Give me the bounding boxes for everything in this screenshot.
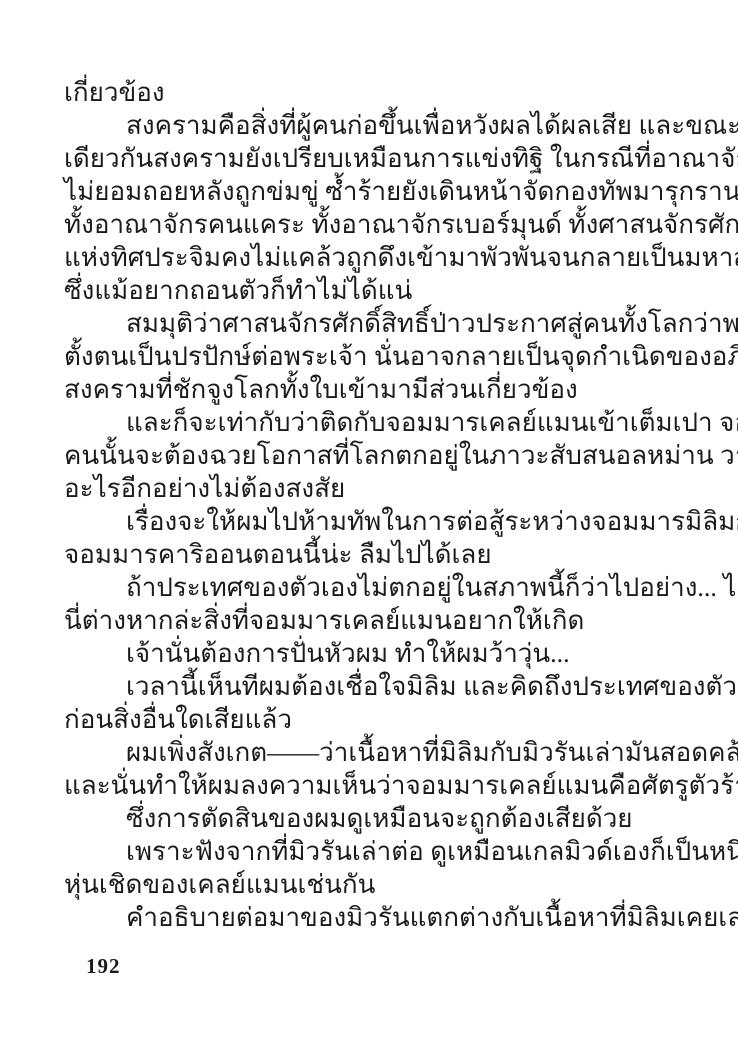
text-line: จอมมารคาริออนตอนนี้น่ะ ลืมไปได้เลย [64,538,680,571]
text-line: เกี่ยวข้อง [64,76,680,109]
text-line: คนนั้นจะต้องฉวยโอกาสที่โลกตกอยู่ในภาวะสั… [64,439,680,472]
text-line: ผมเพิ่งสังเกต——ว่าเนื้อหาที่มิลิมกับมิวร… [64,736,680,769]
text-line: เดียวกันสงครามยังเปรียบเหมือนการแข่งทิฐิ… [64,142,680,175]
text-line: ซึ่งการตัดสินของผมดูเหมือนจะถูกต้องเสียด… [64,802,680,835]
text-line: ไม่ยอมถอยหลังถูกข่มขู่ ซ้ำร้ายยังเดินหน้… [64,175,680,208]
text-line: ตั้งตนเป็นปรปักษ์ต่อพระเจ้า นั่นอาจกลายเ… [64,340,680,373]
text-line: ก่อนสิ่งอื่นใดเสียแล้ว [64,703,680,736]
text-line: คำอธิบายต่อมาของมิวรันแตกต่างกับเนื้อหาท… [64,901,680,934]
text-line: สมมุติว่าศาสนจักรศักดิ์สิทธิ์ป่าวประกาศส… [64,307,680,340]
text-block: เกี่ยวข้องสงครามคือสิ่งที่ผู้คนก่อขึ้นเพ… [64,76,680,934]
text-line: หุ่นเชิดของเคลย์แมนเช่นกัน [64,868,680,901]
text-line: ถ้าประเทศของตัวเองไม่ตกอยู่ในสภาพนี้ก็ว่… [64,571,680,604]
text-line: เวลานี้เห็นทีผมต้องเชื่อใจมิลิม และคิดถึ… [64,670,680,703]
page-number: 192 [86,954,121,979]
text-line: ทั้งอาณาจักรคนแคระ ทั้งอาณาจักรเบอร์มุนด… [64,208,680,241]
text-line: เพราะฟังจากที่มิวรันเล่าต่อ ดูเหมือนเกลม… [64,835,680,868]
text-line: ซึ่งแม้อยากถอนตัวก็ทำไม่ได้แน่ [64,274,680,307]
text-line: สงครามคือสิ่งที่ผู้คนก่อขึ้นเพื่อหวังผลไ… [64,109,680,142]
text-line: แห่งทิศประจิมคงไม่แคล้วถูกดึงเข้ามาพัวพั… [64,241,680,274]
text-line: สงครามที่ชักจูงโลกทั้งใบเข้ามามีส่วนเกี่… [64,373,680,406]
text-line: และนั่นทำให้ผมลงความเห็นว่าจอมมารเคลย์แม… [64,769,680,802]
text-line: เจ้านั่นต้องการปั่นหัวผม ทำให้ผมว้าวุ่น.… [64,637,680,670]
text-line: เรื่องจะให้ผมไปห้ามทัพในการต่อสู้ระหว่าง… [64,505,680,538]
text-line: อะไรอีกอย่างไม่ต้องสงสัย [64,472,680,505]
text-line: และก็จะเท่ากับว่าติดกับจอมมารเคลย์แมนเข้… [64,406,680,439]
text-line: นี่ต่างหากล่ะสิ่งที่จอมมารเคลย์แมนอยากให… [64,604,680,637]
book-page: เกี่ยวข้องสงครามคือสิ่งที่ผู้คนก่อขึ้นเพ… [0,0,738,1051]
